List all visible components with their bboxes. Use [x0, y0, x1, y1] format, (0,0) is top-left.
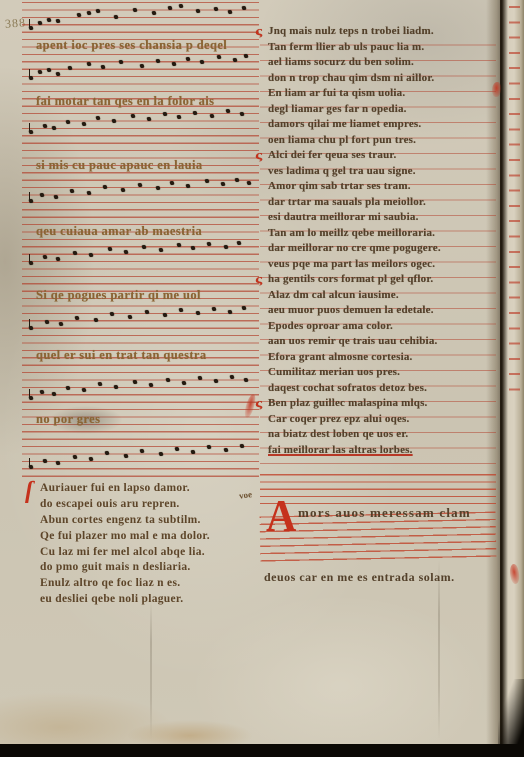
stanza-line: Abun cortes engenz ta subtilm. — [40, 513, 258, 529]
text-line: En liam ar fui ta qism uolia. — [268, 86, 496, 102]
lyric-line: fai motar tan qes en la folor ais — [36, 94, 214, 109]
text-line-content: veus pqe ma part las meilors ogec. — [268, 258, 435, 270]
text-line-content: na biatz dest loben qe uos er. — [268, 428, 408, 440]
marginal-note: voe — [238, 489, 252, 501]
text-line-content: degl liamar ges far n opedia. — [268, 103, 407, 115]
text-line-content: Efora grant almosne cortesia. — [268, 351, 413, 363]
text-line: daqest cochat sofratos detoz bes. — [268, 381, 496, 397]
text-line-content: ves ladima q gel tra uau signe. — [268, 165, 416, 177]
text-line-content: Epodes oproar ama color. — [268, 320, 393, 332]
text-line: degl liamar ges far n opedia. — [268, 102, 496, 118]
text-line: ς Alci dei fer qeua ses traur. — [268, 148, 496, 164]
text-line: na biatz dest loben qe uos er. — [268, 427, 496, 443]
text-line-content: En liam ar fui ta qism uolia. — [268, 87, 405, 99]
pilcrow-icon: ς — [255, 23, 262, 39]
text-line-content: Tan ferm llier ab uls pauc lia m. — [268, 41, 424, 53]
text-line-content: oen liama chu pl fort pun tres. — [268, 134, 416, 146]
text-line-content: dar trtar ma sauals pla meiollor. — [268, 196, 426, 208]
text-line-content: Cumilitaz merian uos pres. — [268, 366, 400, 378]
pilcrow-icon: ς — [255, 271, 262, 287]
parchment-crease — [438, 560, 440, 740]
stanza-line: do escapei ouis aru repren. — [40, 497, 258, 513]
text-line: Epodes oproar ama color. — [268, 319, 496, 335]
text-line-content: Ben plaz guillec malaspina mlqs. — [268, 397, 428, 409]
lyric-line: no por gres — [36, 412, 100, 427]
pilcrow-icon: ς — [255, 395, 262, 411]
text-line: dar meillorar no cre qme pogugere. — [268, 241, 496, 257]
stanza-line: Cu laz mi fer mel alcol abqe lia. — [40, 545, 258, 561]
text-line: Cumilitaz merian uos pres. — [268, 365, 496, 381]
text-line-content: don n trop chau qim dsm ni aillor. — [268, 72, 434, 84]
lyric-line: quel er sui en trat tan questra — [36, 348, 207, 363]
text-line-content: ha gentils cors format pl gel qflor. — [268, 273, 433, 285]
text-line-content: ael liams socurz du ben solim. — [268, 56, 414, 68]
stanza-line: Qe fui plazer mo mal e ma dolor. — [40, 529, 258, 545]
text-line: Amor qim sab trtar ses tram. — [268, 179, 496, 195]
text-line: esi dautra meillorar mi saubia. — [268, 210, 496, 226]
text-line-content: Amor qim sab trtar ses tram. — [268, 180, 411, 192]
left-stanza-block: Auriauer fui en lapso damor. do escapei … — [40, 481, 258, 608]
song-second-line: deuos car en me es entrada solam. — [264, 570, 455, 585]
stanza-line: eu desliei qebe noli plaguer. — [40, 592, 258, 608]
stanza-line: do pmo guit mais n desliaria. — [40, 560, 258, 576]
text-line: don n trop chau qim dsm ni aillor. — [268, 71, 496, 87]
song-incipit-line: mors auos meressam clam — [298, 505, 471, 521]
lyric-line: apent ioc pres ses chansia p deqel — [36, 38, 227, 53]
text-line-content: daqest cochat sofratos detoz bes. — [268, 382, 427, 394]
text-line: fai meillorar las altras lorbes. — [268, 443, 496, 459]
text-line: aan uos remir qe trais uau cehibia. — [268, 334, 496, 350]
text-line-content: aeu muor puos demuen la edetale. — [268, 304, 434, 316]
text-line: Tan am lo meillz qebe meilloraria. — [268, 226, 496, 242]
parchment-crease — [150, 600, 152, 740]
text-line: Efora grant almosne cortesia. — [268, 350, 496, 366]
text-line: Tan ferm llier ab uls pauc lia m. — [268, 40, 496, 56]
lyric-lines: apent ioc pres ses chansia p deqel fai m… — [22, 0, 259, 485]
text-line-content: fai meillorar las altras lorbes. — [268, 444, 413, 456]
text-line: oen liama chu pl fort pun tres. — [268, 133, 496, 149]
text-line: ael liams socurz du ben solim. — [268, 55, 496, 71]
photo-black-edge — [0, 744, 524, 757]
stanza-line: Enulz altro qe foc liaz n es. — [40, 576, 258, 592]
text-line-content: damors qilai me liamet empres. — [268, 118, 421, 130]
text-line-content: Jnq mais nulz teps n trobei liadm. — [268, 25, 434, 37]
text-line: ς Ben plaz guillec malaspina mlqs. — [268, 396, 496, 412]
lyric-line: si mis cu pauc apauc en lauia — [36, 158, 203, 173]
facing-page-ruling-dashes — [509, 6, 520, 404]
text-line-content: Tan am lo meillz qebe meilloraria. — [268, 227, 435, 239]
text-line: ves ladima q gel tra uau signe. — [268, 164, 496, 180]
manuscript-photo: 388 apent ioc pres ses chansia p deqel f… — [0, 0, 524, 757]
text-line: ς ha gentils cors format pl gel qflor. — [268, 272, 496, 288]
lyric-line: Si qe pogues partir qi me uol — [36, 288, 201, 303]
text-line: damors qilai me liamet empres. — [268, 117, 496, 133]
text-line: Car coqer prez epz alui oqes. — [268, 412, 496, 428]
text-line: ς Jnq mais nulz teps n trobei liadm. — [268, 24, 496, 40]
corner-shadow — [498, 679, 524, 749]
text-line-content: aan uos remir qe trais uau cehibia. — [268, 335, 437, 347]
text-line: veus pqe ma part las meilors ogec. — [268, 257, 496, 273]
text-line: dar trtar ma sauals pla meiollor. — [268, 195, 496, 211]
paragraph-mark-icon: ſ — [25, 478, 33, 505]
text-line-content: esi dautra meillorar mi saubia. — [268, 211, 419, 223]
text-line-content: Alaz dm cal alcun iausime. — [268, 289, 399, 301]
text-line-content: Alci dei fer qeua ses traur. — [268, 149, 396, 161]
text-line: Alaz dm cal alcun iausime. — [268, 288, 496, 304]
lyric-line: qeu cuiaua amar ab maestria — [36, 224, 202, 239]
text-line: aeu muor puos demuen la edetale. — [268, 303, 496, 319]
pilcrow-icon: ς — [255, 147, 262, 163]
stanza-line: Auriauer fui en lapso damor. — [40, 481, 258, 497]
text-line-content: dar meillorar no cre qme pogugere. — [268, 242, 441, 254]
right-text-column: ς Jnq mais nulz teps n trobei liadm. Tan… — [268, 24, 496, 458]
rubric-initial: A — [266, 492, 296, 542]
text-line-content: Car coqer prez epz alui oqes. — [268, 413, 409, 425]
